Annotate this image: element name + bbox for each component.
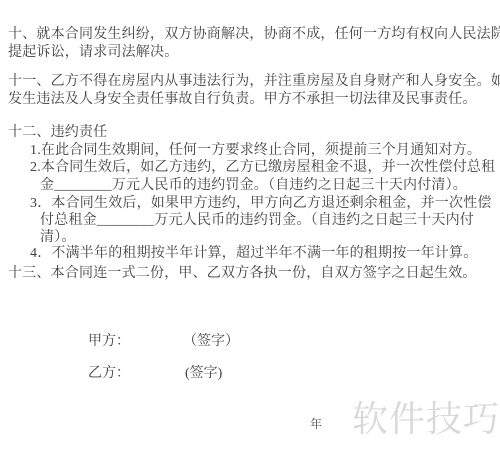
- date-year-label: 年: [310, 415, 322, 432]
- clause-twelve-item-2-line-2: 金________万元人民币的违约罚金。（自违约之日起三十天内付清）。: [40, 178, 467, 194]
- clause-twelve-title: 十二、违约责任: [8, 125, 107, 141]
- party-b-signature-label: 乙方：: [88, 362, 130, 382]
- party-b-sign-here-label: (签字): [185, 362, 222, 382]
- party-a-signature-label: 甲方：: [88, 330, 130, 350]
- clause-ten-line-2: 提起诉讼，请求司法解决。: [8, 45, 178, 61]
- clause-twelve-item-1-line-1: 1.在此合同生效期间，任何一方要求终止合同，须提前三个月通知对方。: [30, 143, 481, 159]
- party-a-sign-here-label: （签字）: [183, 330, 239, 350]
- contract-document-page: 十、就本合同发生纠纷，双方协商解决，协商不成，任何一方均有权向人民法院 提起诉讼…: [0, 0, 500, 466]
- clause-thirteen-line: 十三、本合同连一式二份，甲、乙双方各执一份，自双方签字之日起生效。: [8, 266, 477, 282]
- clause-twelve-item-3-line-2: 付总租金________万元人民币的违约罚金。（自违约之日起三十天内付: [40, 213, 474, 229]
- clause-twelve-item-2-line-1: 2.本合同生效后，如乙方违约，乙方已缴房屋租金不退，并一次性偿付总租: [30, 160, 495, 176]
- clause-twelve-item-4-line-1: 4．不满半年的租期按半年计算，超过半年不满一年的租期按一年计算。: [30, 246, 477, 262]
- watermark-text: 软件技巧: [352, 400, 500, 440]
- clause-ten-line-1: 十、就本合同发生纠纷，双方协商解决，协商不成，任何一方均有权向人民法院: [8, 27, 500, 43]
- clause-twelve-item-3-line-1: 3．本合同生效后，如果甲方违约，甲方向乙方退还剩余租金，并一次性偿: [30, 196, 492, 212]
- clause-twelve-item-3-line-3: 清）。: [40, 230, 76, 246]
- clause-eleven-line-1: 十一、乙方不得在房屋内从事违法行为，并注重房屋及自身财产和人身安全。如: [8, 74, 500, 90]
- clause-eleven-line-2: 发生违法及人身安全责任事故自行负责。甲方不承担一切法律及民事责任。: [8, 92, 477, 108]
